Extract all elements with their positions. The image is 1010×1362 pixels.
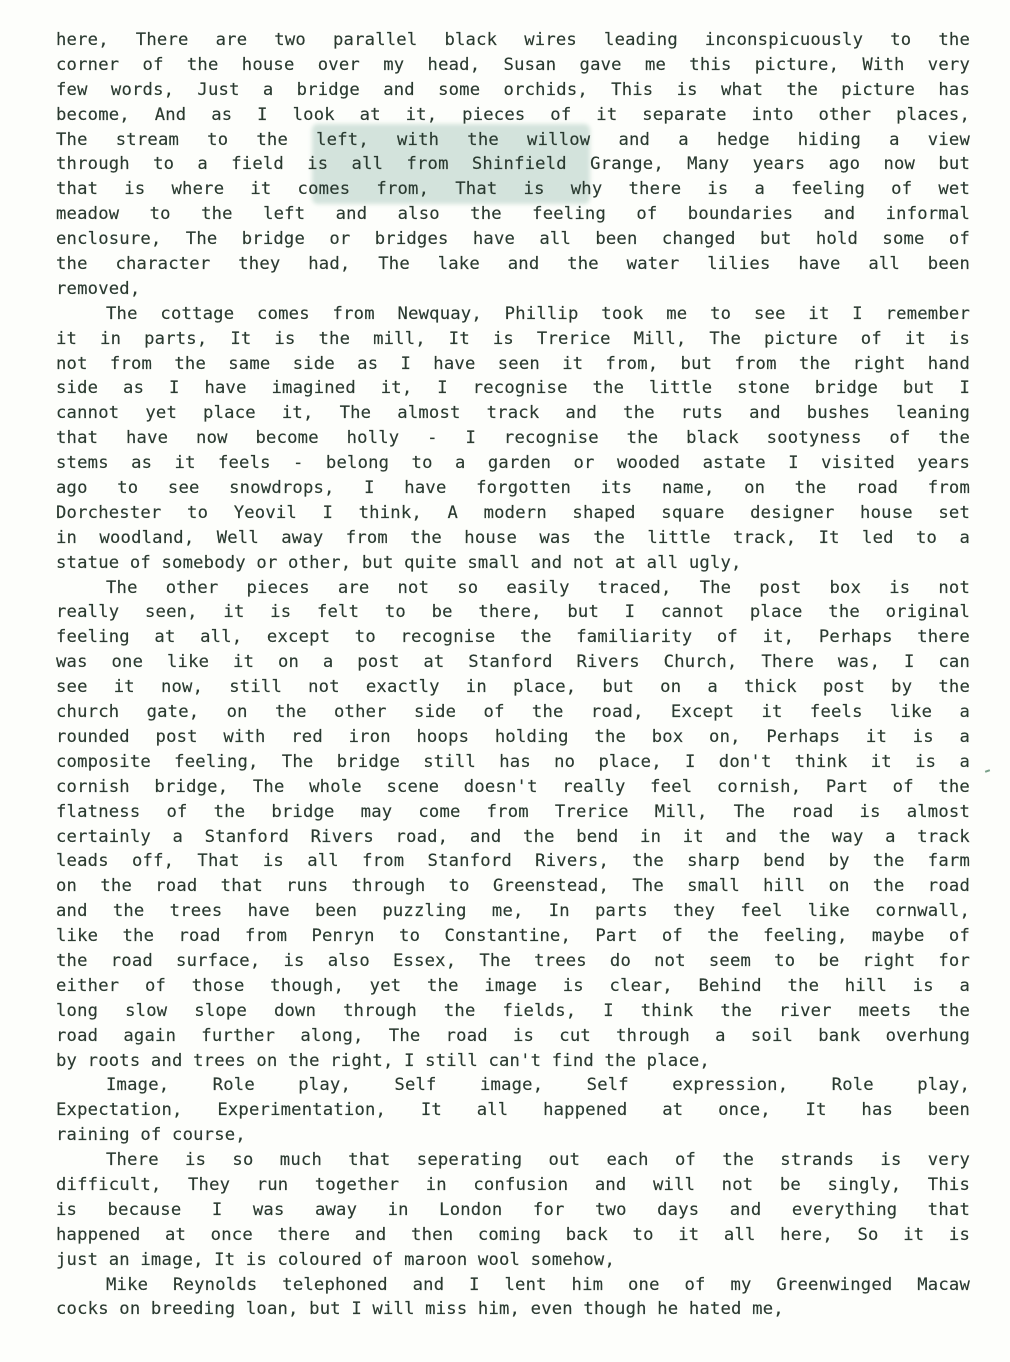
text-line: There is so much that seperating out eac… (56, 1148, 970, 1173)
text-line: statue of somebody or other, but quite s… (56, 551, 970, 576)
text-line: few words, Just a bridge and some orchid… (56, 78, 970, 103)
text-line: cannot yet place it, The almost track an… (56, 401, 970, 426)
text-line: either of those though, yet the image is… (56, 974, 970, 999)
text-line: was one like it on a post at Stanford Ri… (56, 650, 970, 675)
text-line: side as I have imagined it, I recognise … (56, 376, 970, 401)
text-line: Expectation, Experimentation, It all hap… (56, 1098, 970, 1123)
text-line: cocks on breeding loan, but I will miss … (56, 1297, 970, 1322)
text-line: raining of course, (56, 1123, 970, 1148)
text-line: happened at once there and then coming b… (56, 1223, 970, 1248)
text-line: The cottage comes from Newquay, Phillip … (56, 302, 970, 327)
text-line: become, And as I look at it, pieces of i… (56, 103, 970, 128)
text-line: ago to see snowdrops, I have forgotten i… (56, 476, 970, 501)
text-line: certainly a Stanford Rivers road, and th… (56, 825, 970, 850)
text-line: Dorchester to Yeovil I think, A modern s… (56, 501, 970, 526)
text-line: through to a field is all from Shinfield… (56, 152, 970, 177)
text-line: stems as it feels - belong to a garden o… (56, 451, 970, 476)
text-line: enclosure, The bridge or bridges have al… (56, 227, 970, 252)
text-line: Mike Reynolds telephoned and I lent him … (56, 1273, 970, 1298)
text-line: leads off, That is all from Stanford Riv… (56, 849, 970, 874)
text-line: removed, (56, 277, 970, 302)
text-line: Image, Role play, Self image, Self expre… (56, 1073, 970, 1098)
text-line: The stream to the left, with the willow … (56, 128, 970, 153)
text-line: meadow to the left and also the feeling … (56, 202, 970, 227)
text-line: rounded post with red iron hoops holding… (56, 725, 970, 750)
text-line: see it now, still not exactly in place, … (56, 675, 970, 700)
text-line: in woodland, Well away from the house wa… (56, 526, 970, 551)
text-line: corner of the house over my head, Susan … (56, 53, 970, 78)
text-line: cornish bridge, The whole scene doesn't … (56, 775, 970, 800)
text-line: The other pieces are not so easily trace… (56, 576, 970, 601)
text-line: not from the same side as I have seen it… (56, 352, 970, 377)
text-line: just an image, It is coloured of maroon … (56, 1248, 970, 1273)
text-line: and the trees have been puzzling me, In … (56, 899, 970, 924)
text-line: is because I was away in London for two … (56, 1198, 970, 1223)
text-line: it in parts, It is the mill, It is Treri… (56, 327, 970, 352)
text-line: the road surface, is also Essex, The tre… (56, 949, 970, 974)
text-line: road again further along, The road is cu… (56, 1024, 970, 1049)
text-line: composite feeling, The bridge still has … (56, 750, 970, 775)
text-line: difficult, They run together in confusio… (56, 1173, 970, 1198)
text-line: that is where it comes from, That is why… (56, 177, 970, 202)
text-line: the character they had, The lake and the… (56, 252, 970, 277)
typed-page-body: here, There are two parallel black wires… (56, 28, 970, 1322)
text-line: really seen, it is felt to be there, but… (56, 600, 970, 625)
text-line: by roots and trees on the right, I still… (56, 1049, 970, 1074)
text-line: like the road from Penryn to Constantine… (56, 924, 970, 949)
text-line: flatness of the bridge may come from Tre… (56, 800, 970, 825)
stray-ink-mark (985, 769, 990, 773)
text-line: feeling at all, except to recognise the … (56, 625, 970, 650)
text-line: church gate, on the other side of the ro… (56, 700, 970, 725)
text-line: here, There are two parallel black wires… (56, 28, 970, 53)
text-line: that have now become holly - I recognise… (56, 426, 970, 451)
text-line: on the road that runs through to Greenst… (56, 874, 970, 899)
text-line: long slow slope down through the fields,… (56, 999, 970, 1024)
